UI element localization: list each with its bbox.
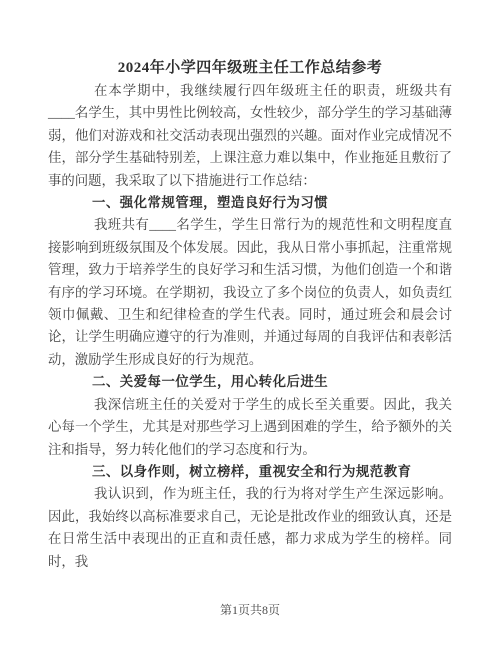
paragraph-section-3: 我认识到，作为班主任，我的行为将对学生产生深远影响。因此，我始终以高标准要求自己… bbox=[48, 483, 452, 573]
section-heading-2: 二、关爱每一位学生，用心转化后进生 bbox=[48, 371, 452, 393]
paragraph-section-1: 我班共有____名学生，学生日常行为的规范性和文明程度直接影响到班级氛围及个体发… bbox=[48, 214, 452, 371]
page-number-indicator: 第1页共8页 bbox=[0, 603, 500, 617]
document-page: 2024年小学四年级班主任工作总结参考 在本学期中，我继续履行四年级班主任的职责… bbox=[0, 0, 500, 647]
section-heading-1: 一、强化常规管理，塑造良好行为习惯 bbox=[48, 192, 452, 214]
paragraph-intro: 在本学期中，我继续履行四年级班主任的职责，班级共有____名学生，其中男性比例较… bbox=[48, 80, 452, 192]
document-title: 2024年小学四年级班主任工作总结参考 bbox=[48, 56, 452, 80]
section-heading-3: 三、以身作则，树立榜样，重视安全和行为规范教育 bbox=[48, 461, 452, 483]
paragraph-section-2: 我深信班主任的关爱对于学生的成长至关重要。因此，我关心每一个学生，尤其是对那些学… bbox=[48, 394, 452, 461]
